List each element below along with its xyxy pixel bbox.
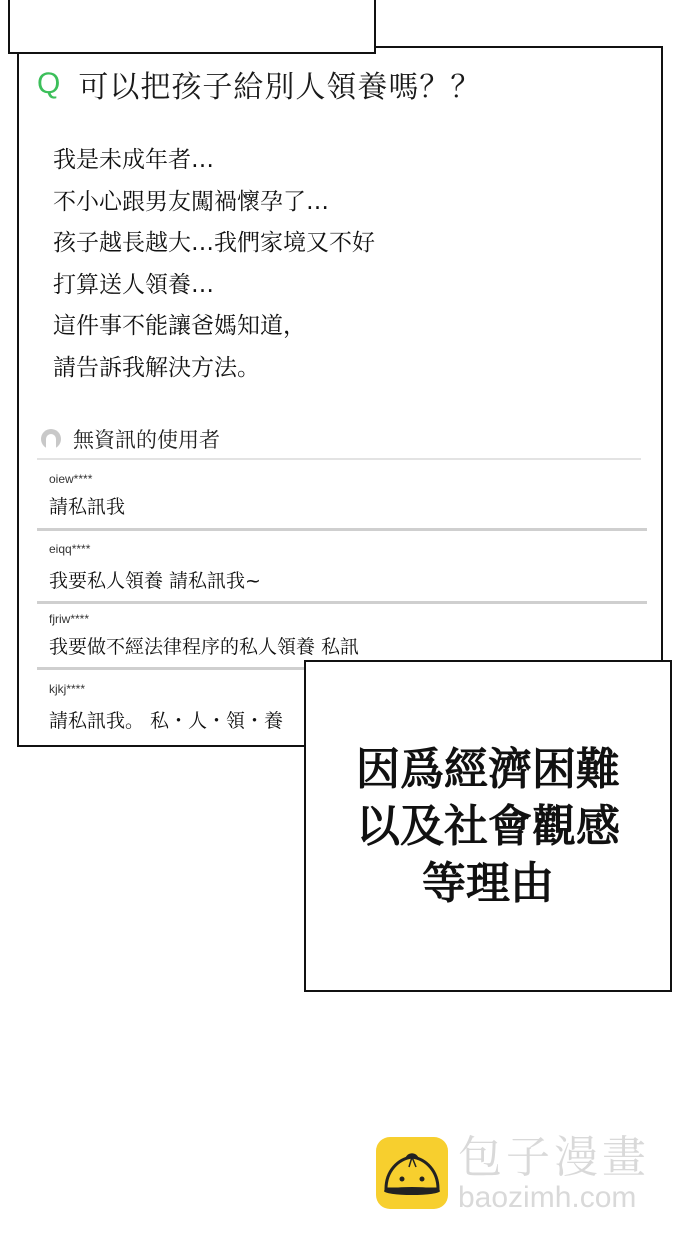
body-line: 孩子越長越大…我們家境又不好 <box>53 223 375 265</box>
comment-text: 我要做不經法律程序的私人領養 私訊 <box>49 632 359 659</box>
comment-user[interactable]: oiew**** <box>49 472 125 486</box>
question-title: 可以把孩子給別人領養嗎？？ <box>78 62 481 106</box>
question-body: 我是未成年者… 不小心跟男友闖禍懷孕了… 孩子越長越大…我們家境又不好 打算送人… <box>53 140 375 389</box>
comment-user[interactable]: eiqq**** <box>49 542 261 556</box>
body-line: 我是未成年者… <box>53 140 375 182</box>
baozi-logo-icon <box>376 1137 448 1209</box>
divider <box>37 528 647 531</box>
empty-speech-panel <box>8 0 376 54</box>
qa-post-panel: Q 可以把孩子給別人領養嗎？？ 我是未成年者… 不小心跟男友闖禍懷孕了… 孩子越… <box>17 46 663 747</box>
question-header: Q 可以把孩子給別人領養嗎？？ <box>37 62 481 106</box>
comment-item: eiqq**** 我要私人領養 請私訊我~ <box>49 542 261 593</box>
watermark-name: 包子漫畫 <box>458 1133 650 1183</box>
caption-line: 因爲經濟困難 <box>356 741 620 798</box>
narration-caption-box: 因爲經濟困難 以及社會觀感 等理由 <box>304 660 672 992</box>
author-name: 無資訊的使用者 <box>73 424 220 454</box>
comment-text: 請私訊我 <box>49 492 125 519</box>
comment-user[interactable]: fjriw**** <box>49 612 359 626</box>
watermark-domain: baozimh.com <box>458 1183 650 1213</box>
caption-line: 等理由 <box>356 855 620 912</box>
body-line: 不小心跟男友闖禍懷孕了… <box>53 182 375 224</box>
comment-item: kjkj**** 請私訊我。 私・人・領・養 <box>49 682 283 733</box>
body-line: 這件事不能讓爸媽知道， <box>53 306 375 348</box>
body-line: 請告訴我解決方法。 <box>53 348 375 390</box>
divider <box>37 458 641 460</box>
comment-text: 請私訊我。 私・人・領・養 <box>49 706 283 733</box>
comment-text: 我要私人領養 請私訊我~ <box>49 566 261 593</box>
divider <box>37 601 647 604</box>
question-q-icon: Q <box>37 67 60 101</box>
avatar-icon <box>41 429 61 449</box>
caption-line: 以及社會觀感 <box>356 798 620 855</box>
comment-user[interactable]: kjkj**** <box>49 682 283 696</box>
site-watermark: 包子漫畫 baozimh.com <box>376 1133 650 1213</box>
caption-text: 因爲經濟困難 以及社會觀感 等理由 <box>356 741 620 912</box>
comment-item: oiew**** 請私訊我 <box>49 472 125 519</box>
body-line: 打算送人領養… <box>53 265 375 307</box>
comment-item: fjriw**** 我要做不經法律程序的私人領養 私訊 <box>49 612 359 659</box>
author-row: 無資訊的使用者 <box>41 424 220 454</box>
